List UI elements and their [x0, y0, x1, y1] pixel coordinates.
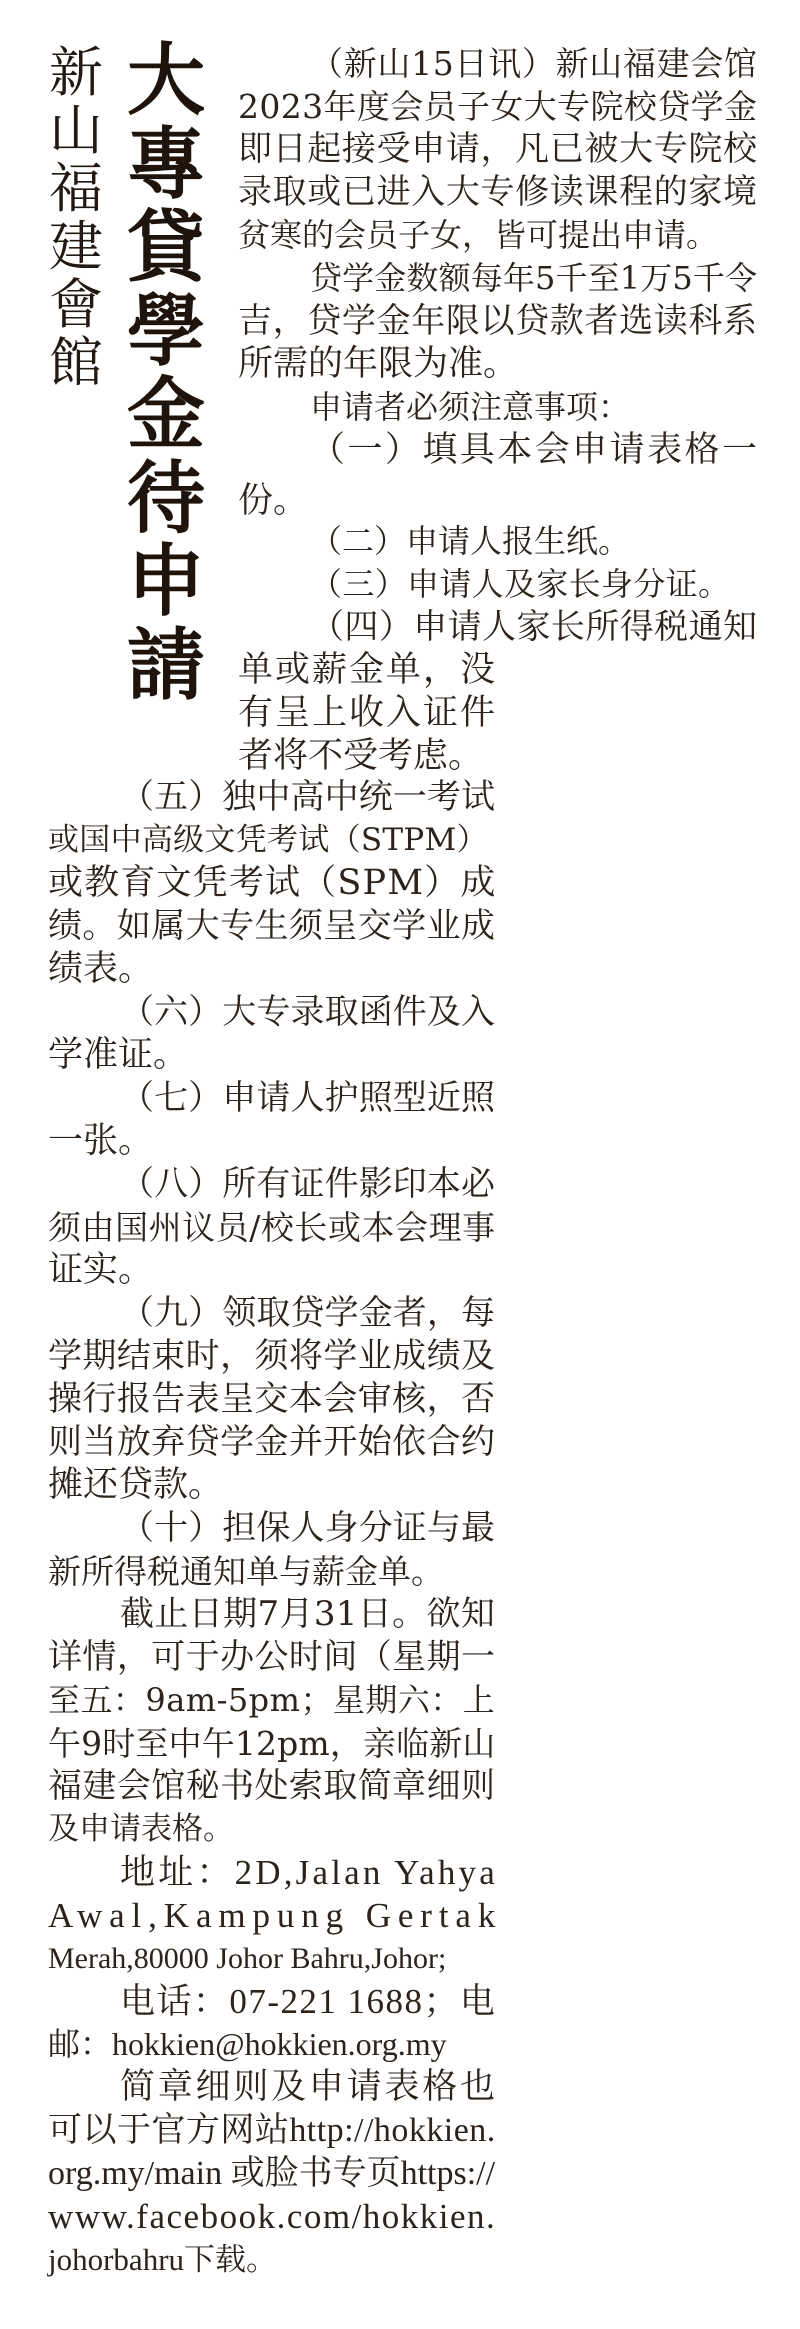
body-text-line: 午9时至中午12pm，亲临新山: [48, 1722, 495, 1765]
body-text-line: （八）所有证件影印本必: [120, 1163, 495, 1206]
headline-char: 大: [124, 40, 208, 124]
body-text-line: 份。: [238, 480, 318, 523]
headline-char: 金: [124, 374, 208, 458]
body-text-line: （三）申请人及家长身分证。: [310, 563, 730, 606]
body-text-line: 须由国州议员/校长或本会理事: [48, 1206, 495, 1249]
body-text-line: 绩。如属大专生须呈交学业成: [48, 905, 495, 948]
body-text-line: 2023年度会员子女大专院校贷学金: [238, 85, 757, 128]
body-text-line: 有呈上收入证件: [238, 692, 495, 735]
body-text-line: 学准证。: [48, 1034, 198, 1077]
body-text-line: 及申请表格。: [48, 1808, 238, 1851]
headline-char: 請: [124, 625, 208, 709]
body-text-line: 绩表。: [48, 948, 168, 991]
body-text-line: （新山15日讯）新山福建会馆: [310, 42, 757, 85]
org-char: 館: [46, 334, 106, 392]
body-text-line: 或教育文凭考试（SPM）成: [48, 862, 495, 905]
org-char: 會: [46, 276, 106, 334]
body-text-line: 即日起接受申请，凡已被大专院校: [238, 128, 757, 171]
body-text-line: 摊还贷款。: [48, 1464, 238, 1507]
body-text-line: 录取或已进入大专修读课程的家境: [238, 171, 757, 214]
body-text-line: Awal,Kampung Gertak: [48, 1894, 495, 1937]
body-text-line: 贫寒的会员子女，皆可提出申请。: [238, 214, 718, 257]
body-text-line: 所需的年限为准。: [238, 343, 538, 386]
body-text-line: 则当放弃贷学金并开始依合约: [48, 1421, 495, 1464]
body-text-line: （一）填具本会申请表格一: [310, 429, 757, 472]
body-text-line: 邮：hokkien@hokkien.org.my: [48, 2023, 448, 2066]
news-article: 新 山 福 建 會 館 大 專 貸 學 金 待 申 請 （新山15日讯）新山福建…: [0, 0, 800, 2329]
body-text-line: Merah,80000 Johor Bahru,Johor;: [48, 1937, 448, 1980]
body-text-line: 操行报告表呈交本会审核，否: [48, 1378, 495, 1421]
org-char: 福: [46, 160, 106, 218]
headline-char: 專: [124, 124, 208, 208]
body-text-line: 吉，贷学金年限以贷款者选读科系: [238, 300, 757, 343]
body-text-line: （五）独中高中统一考试: [120, 776, 495, 819]
body-text-line: （二）申请人报生纸。: [310, 520, 630, 563]
body-text-line: 学期结束时，须将学业成绩及: [48, 1335, 495, 1378]
org-char: 建: [46, 218, 106, 276]
body-text-line: （四）申请人家长所得税通知: [310, 606, 757, 649]
body-text-line: 至五：9am-5pm；星期六：上: [48, 1679, 495, 1722]
headline-char: 貸: [124, 207, 208, 291]
body-text-line: 福建会馆秘书处索取简章细则: [48, 1765, 495, 1808]
body-text-line: （六）大专录取函件及入: [120, 991, 495, 1034]
body-text-line: 截止日期7月31日。欲知: [120, 1593, 495, 1636]
body-text-line: 者将不受考虑。: [238, 735, 488, 778]
body-text-line: johorbahru下载。: [48, 2238, 278, 2281]
headline-char: 待: [124, 458, 208, 542]
org-char: 山: [46, 102, 106, 160]
body-text-line: 单或薪金单，没: [238, 649, 495, 692]
body-text-line: （十）担保人身分证与最: [120, 1507, 495, 1550]
body-text-line: 或国中高级文凭考试（STPM）: [48, 819, 488, 862]
headline-char: 學: [124, 291, 208, 375]
headline-vertical: 大 專 貸 學 金 待 申 請: [124, 40, 208, 708]
body-text-line: 电话：07-221 1688；电: [120, 1980, 495, 2023]
body-text-line: 一张。: [48, 1120, 168, 1163]
body-text-line: （七）申请人护照型近照: [120, 1077, 495, 1120]
body-text-line: 证实。: [48, 1249, 168, 1292]
body-text-line: 详情，可于办公时间（星期一: [48, 1636, 495, 1679]
body-text-line: 申请者必须注意事项：: [310, 386, 630, 429]
body-text-line: org.my/main 或脸书专页https://: [48, 2152, 495, 2195]
body-text-line: （九）领取贷学金者，每: [120, 1292, 495, 1335]
body-text-line: 简章细则及申请表格也: [120, 2066, 495, 2109]
body-text-line: www.facebook.com/hokkien.: [48, 2195, 495, 2238]
body-text-line: 贷学金数额每年5千至1万5千令: [310, 257, 757, 300]
organization-name-vertical: 新 山 福 建 會 館: [46, 44, 106, 392]
org-char: 新: [46, 44, 106, 102]
headline-char: 申: [124, 541, 208, 625]
body-text-line: 可以于官方网站http://hokkien.: [48, 2109, 495, 2152]
body-text-line: 地址：2D,Jalan Yahya: [120, 1851, 495, 1894]
body-text-line: 新所得税通知单与薪金单。: [48, 1550, 448, 1593]
